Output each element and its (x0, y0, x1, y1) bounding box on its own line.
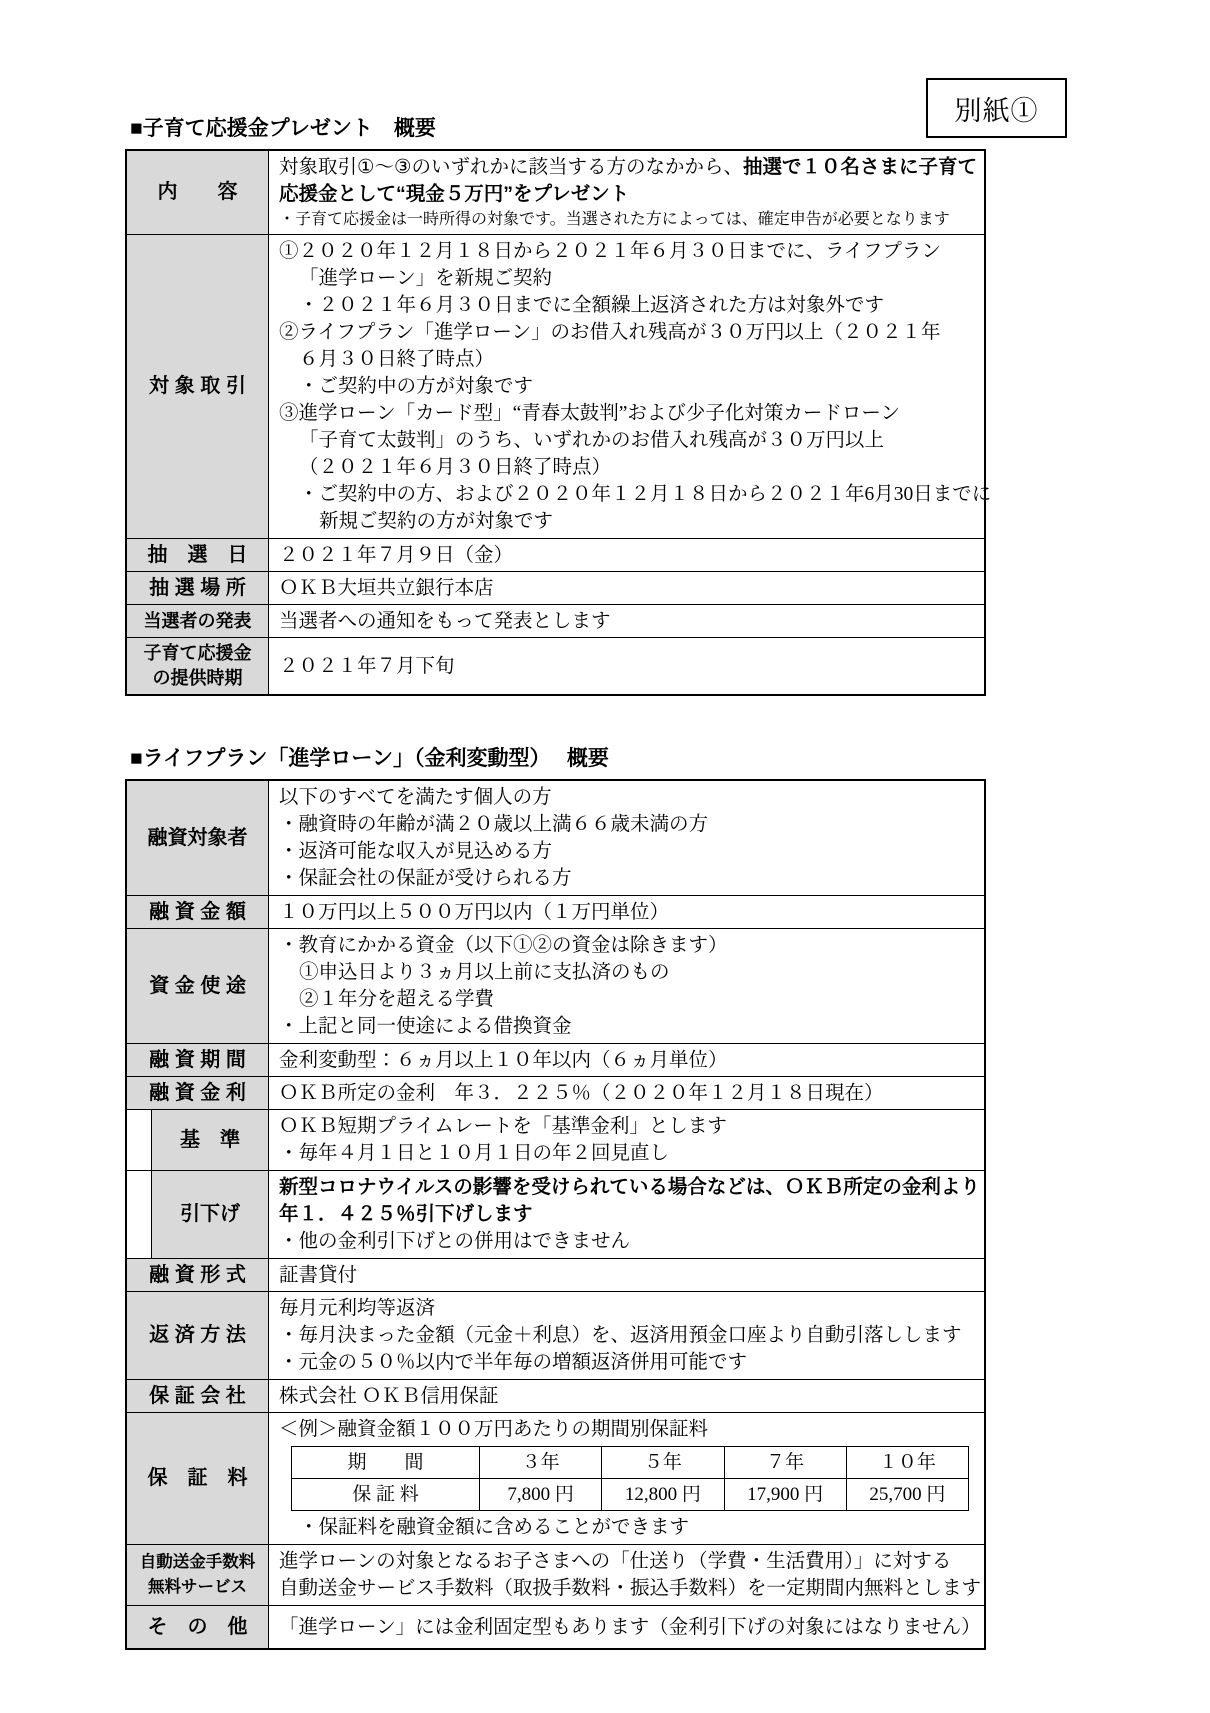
text-segment: 対象取引①～③のいずれかに該当する方のなかから、 (279, 156, 743, 178)
header-line: の提供時期 (153, 666, 243, 691)
document-content: ■子育て応援金プレゼント 概要 内 容 対象取引①～③のいずれかに該当する方のな… (0, 0, 990, 1650)
text-line: 応援金として“現金５万円”をプレゼント (279, 181, 977, 208)
table-row-yushi-kinri: 融 資 金 利 ＯＫＢ所定の金利 年３．２２５％（２０２０年１２月１８日現在） (127, 1076, 984, 1109)
text-segment: 毎月元利均等返済 (279, 1298, 435, 1319)
fee-row-label: 保 証 料 (292, 1479, 480, 1510)
text-segment: ＯＫＢ短期プライムレートを「基準金利」とします (279, 1116, 727, 1137)
text-line: 新規ご契約の方が対象です (279, 508, 991, 535)
text-line: ・ご契約中の方が対象です (279, 373, 991, 400)
table-row-taisho-torihiki: 対 象 取 引 ①２０２０年１２月１８日から２０２１年６月３０日までに、ライフプ… (127, 234, 984, 538)
table-row-hensai-hoho: 返 済 方 法 毎月元利均等返済・毎月決まった金額（元金＋利息）を、返済用預金口… (127, 1291, 984, 1379)
row-header-tosensha: 当選者の発表 (127, 605, 269, 637)
value-text: 「進学ローン」には金利固定型もあります（金利引下げの対象にはなりません） (279, 1614, 974, 1641)
fee-note: ・保証料を融資金額に含めることができます (279, 1514, 974, 1541)
row-header-yushi-taishosha: 融資対象者 (127, 781, 269, 895)
row-header-yushi-keishiki: 融 資 形 式 (127, 1259, 269, 1291)
row-header-hensai-hoho: 返 済 方 法 (127, 1292, 269, 1379)
text-segment: ・子育て応援金は一時所得の対象です。当選された方によっては、確定申告が必要となり… (279, 211, 950, 228)
row-content-shikin-shito: ・教育にかかる資金（以下①②の資金は除きます）①申込日より３ヵ月以上前に支払済の… (269, 929, 984, 1043)
table-row-shikin-shito: 資 金 使 途 ・教育にかかる資金（以下①②の資金は除きます）①申込日より３ヵ月… (127, 928, 984, 1043)
value-text: ＯＫＢ大垣共立銀行本店 (279, 575, 494, 602)
text-line: ６月３０日終了時点） (279, 346, 991, 373)
row-header-sonota: そ の 他 (127, 1606, 269, 1648)
table-row-yushi-keishiki: 融 資 形 式 証書貸付 (127, 1258, 984, 1291)
subrow-indent-strip (127, 1171, 152, 1258)
row-content-kijun: ＯＫＢ短期プライムレートを「基準金利」とします・毎年４月１日と１０月１日の年２回… (269, 1110, 984, 1170)
text-segment: 新型コロナウイルスの影響を受けられている場合などは、ＯＫＢ所定の金利より (279, 1176, 980, 1198)
table-row-sonota: そ の 他 「進学ローン」には金利固定型もあります（金利引下げの対象にはなりませ… (127, 1605, 984, 1648)
text-segment: ②１年分を超える学費 (299, 989, 494, 1010)
fee-header-3y: ３年 (480, 1447, 602, 1478)
text-segment: ①申込日より３ヵ月以上前に支払済のもの (299, 962, 670, 983)
table-row-chusen-bi: 抽 選 日 ２０２１年７月９日（金） (127, 538, 984, 571)
row-header-kijun: 基 準 (152, 1110, 269, 1170)
row-content-sonota: 「進学ローン」には金利固定型もあります（金利引下げの対象にはなりません） (269, 1606, 984, 1648)
text-line: ・ご契約中の方、および２０２０年１２月１８日から２０２１年6月30日までに (279, 481, 991, 508)
text-line: ①申込日より３ヵ月以上前に支払済のもの (279, 959, 974, 986)
row-content-yushi-kingaku: １０万円以上５００万円以内（１万円単位） (269, 896, 984, 928)
row-header-jido-sokin: 自動送金手数料 無料サービス (127, 1545, 269, 1605)
text-line: （２０２１年６月３０日終了時点） (279, 454, 991, 481)
attachment-label: 別紙① (955, 89, 1039, 128)
text-segment: ・毎年４月１日と１０月１日の年２回見直し (279, 1143, 669, 1164)
text-line: ②１年分を超える学費 (279, 986, 974, 1013)
row-header-yushi-kinri: 融 資 金 利 (127, 1077, 269, 1109)
table-row-yushi-taishosha: 融資対象者 以下のすべてを満たす個人の方・融資時の年齢が満２０歳以上満６６歳未満… (127, 781, 984, 895)
text-segment: ・毎月決まった金額（元金＋利息）を、返済用預金口座より自動引落しします (279, 1325, 962, 1346)
text-segment: ６月３０日終了時点） (299, 349, 494, 370)
text-segment: ・元金の５０％以内で半年毎の増額返済併用可能です (279, 1352, 747, 1373)
row-header-naiyo: 内 容 (127, 151, 269, 234)
text-segment: （２０２１年６月３０日終了時点） (299, 457, 611, 478)
fee-value-row: 保 証 料 7,800 円 12,800 円 17,900 円 25,700 円 (292, 1478, 968, 1510)
text-line: ・２０２１年６月３０日までに全額繰上返済された方は対象外です (279, 292, 991, 319)
fee-header-period: 期 間 (292, 1447, 480, 1478)
text-segment: ①２０２０年１２月１８日から２０２１年６月３０日までに、ライフプラン (279, 241, 941, 262)
text-line: ・教育にかかる資金（以下①②の資金は除きます） (279, 932, 974, 959)
value-text: ＯＫＢ所定の金利 年３．２２５％（２０２０年１２月１８日現在） (279, 1080, 884, 1107)
row-content-yushi-taishosha: 以下のすべてを満たす個人の方・融資時の年齢が満２０歳以上満６６歳未満の方・返済可… (269, 781, 984, 895)
header-line: 無料サービス (148, 1575, 247, 1600)
fee-value-10y: 25,700 円 (847, 1479, 968, 1510)
row-header-hikisage: 引下げ (152, 1171, 269, 1258)
text-segment: ・上記と同一使途による借換資金 (279, 1016, 572, 1037)
row-header-chusen-bi: 抽 選 日 (127, 539, 269, 571)
header-line: 自動送金手数料 (140, 1550, 256, 1575)
text-segment: 年１．４２５％引下げします (279, 1203, 533, 1225)
text-segment: 新規ご契約の方が対象です (319, 511, 553, 532)
row-content-hosho-gaisha: 株式会社 ＯＫＢ信用保証 (269, 1380, 984, 1412)
text-segment: ・ご契約中の方、および２０２０年１２月１８日から２０２１年6月30日までに (299, 484, 991, 505)
fee-header-7y: ７年 (725, 1447, 847, 1478)
text-segment: ・他の金利引下げとの併用はできません (279, 1231, 630, 1252)
text-segment: ・教育にかかる資金（以下①②の資金は除きます） (279, 935, 728, 956)
table-row-yushi-kingaku: 融 資 金 額 １０万円以上５００万円以内（１万円単位） (127, 895, 984, 928)
row-content-naiyo: 対象取引①～③のいずれかに該当する方のなかから、抽選で１０名さまに子育て応援金と… (269, 151, 987, 234)
row-content-hoshoryo: ＜例＞融資金額１００万円あたりの期間別保証料 期 間 ３年 ５年 ７年 １０年 … (269, 1413, 984, 1544)
text-line: 進学ローンの対象となるお子さまへの「仕送り（学費・生活費用）」に対する (279, 1548, 981, 1575)
document-page: 別紙① ■子育て応援金プレゼント 概要 内 容 対象取引①～③のいずれかに該当す… (0, 0, 1210, 1713)
table-row-jido-sokin: 自動送金手数料 無料サービス 進学ローンの対象となるお子さまへの「仕送り（学費・… (127, 1544, 984, 1605)
fee-value-5y: 12,800 円 (602, 1479, 724, 1510)
row-header-shikin-shito: 資 金 使 途 (127, 929, 269, 1043)
value-text: ２０２１年７月下旬 (279, 653, 455, 680)
text-line: 対象取引①～③のいずれかに該当する方のなかから、抽選で１０名さまに子育て (279, 154, 977, 181)
header-line: 子育て応援金 (144, 641, 252, 666)
present-overview-table: 内 容 対象取引①～③のいずれかに該当する方のなかから、抽選で１０名さまに子育て… (125, 149, 986, 696)
fee-header-5y: ５年 (602, 1447, 724, 1478)
table-row-hosho-gaisha: 保 証 会 社 株式会社 ＯＫＢ信用保証 (127, 1379, 984, 1412)
text-line: ・子育て応援金は一時所得の対象です。当選された方によっては、確定申告が必要となり… (279, 208, 977, 231)
row-content-taisho-torihiki: ①２０２０年１２月１８日から２０２１年６月３０日までに、ライフプラン「進学ローン… (269, 235, 1001, 538)
table-row-chusen-basho: 抽 選 場 所 ＯＫＢ大垣共立銀行本店 (127, 571, 984, 604)
table-row-hoshoryo: 保 証 料 ＜例＞融資金額１００万円あたりの期間別保証料 期 間 ３年 ５年 ７… (127, 1412, 984, 1544)
text-line: ①２０２０年１２月１８日から２０２１年６月３０日までに、ライフプラン (279, 238, 991, 265)
text-line: ②ライフプラン「進学ローン」のお借入れ残高が３０万円以上（２０２１年 (279, 319, 991, 346)
text-line: ・融資時の年齢が満２０歳以上満６６歳未満の方 (279, 811, 974, 838)
text-line: ・返済可能な収入が見込める方 (279, 838, 974, 865)
row-content-hensai-hoho: 毎月元利均等返済・毎月決まった金額（元金＋利息）を、返済用預金口座より自動引落し… (269, 1292, 984, 1379)
text-line: 「子育て太鼓判」のうち、いずれかのお借入れ残高が３０万円以上 (279, 427, 991, 454)
text-segment: 進学ローンの対象となるお子さまへの「仕送り（学費・生活費用）」に対する (279, 1551, 951, 1572)
text-line: ・元金の５０％以内で半年毎の増額返済併用可能です (279, 1349, 974, 1376)
value-text: 証書貸付 (279, 1262, 357, 1289)
subrow-indent-strip (127, 1110, 152, 1170)
row-header-yushi-kikan: 融 資 期 間 (127, 1044, 269, 1076)
text-segment: ・返済可能な収入が見込める方 (279, 841, 552, 862)
row-header-chusen-basho: 抽 選 場 所 (127, 572, 269, 604)
row-content-chusen-bi: ２０２１年７月９日（金） (269, 539, 984, 571)
text-line: ③進学ローン「カード型」“青春太鼓判”および少子化対策カードローン (279, 400, 991, 427)
table-row-naiyo: 内 容 対象取引①～③のいずれかに該当する方のなかから、抽選で１０名さまに子育て… (127, 151, 984, 234)
text-line: ・保証会社の保証が受けられる方 (279, 865, 974, 892)
table-row-teikyo-jiki: 子育て応援金 の提供時期 ２０２１年７月下旬 (127, 637, 984, 694)
fee-header-10y: １０年 (847, 1447, 968, 1478)
row-content-yushi-keishiki: 証書貸付 (269, 1259, 984, 1291)
text-segment: 「子育て太鼓判」のうち、いずれかのお借入れ残高が３０万円以上 (299, 430, 884, 451)
table-row-kijun: 基 準 ＯＫＢ短期プライムレートを「基準金利」とします・毎年４月１日と１０月１日… (127, 1109, 984, 1170)
loan-overview-table: 融資対象者 以下のすべてを満たす個人の方・融資時の年齢が満２０歳以上満６６歳未満… (125, 779, 986, 1650)
table-row-yushi-kikan: 融 資 期 間 金利変動型：６ヵ月以上１０年以内（６ヵ月単位） (127, 1043, 984, 1076)
text-line: ＯＫＢ短期プライムレートを「基準金利」とします (279, 1113, 974, 1140)
text-line: 毎月元利均等返済 (279, 1295, 974, 1322)
row-header-teikyo-jiki: 子育て応援金 の提供時期 (127, 638, 269, 694)
row-content-jido-sokin: 進学ローンの対象となるお子さまへの「仕送り（学費・生活費用）」に対する自動送金サ… (269, 1545, 991, 1605)
text-segment: 以下のすべてを満たす個人の方 (279, 787, 552, 808)
table-row-tosensha: 当選者の発表 当選者への通知をもって発表とします (127, 604, 984, 637)
text-segment: ・融資時の年齢が満２０歳以上満６６歳未満の方 (279, 814, 708, 835)
text-line: 新型コロナウイルスの影響を受けられている場合などは、ＯＫＢ所定の金利より (279, 1174, 980, 1201)
fee-caption: ＜例＞融資金額１００万円あたりの期間別保証料 (279, 1416, 974, 1443)
text-line: ・他の金利引下げとの併用はできません (279, 1228, 980, 1255)
table-row-hikisage: 引下げ 新型コロナウイルスの影響を受けられている場合などは、ＯＫＢ所定の金利より… (127, 1170, 984, 1258)
text-line: 以下のすべてを満たす個人の方 (279, 784, 974, 811)
section2-title: ■ライフプラン「進学ローン」（金利変動型） 概要 (130, 742, 990, 772)
row-content-yushi-kinri: ＯＫＢ所定の金利 年３．２２５％（２０２０年１２月１８日現在） (269, 1077, 984, 1109)
text-segment: ・保証会社の保証が受けられる方 (279, 868, 572, 889)
guarantee-fee-table: 期 間 ３年 ５年 ７年 １０年 保 証 料 7,800 円 12,800 円 … (291, 1446, 969, 1511)
text-line: 年１．４２５％引下げします (279, 1201, 980, 1228)
text-segment: ・２０２１年６月３０日までに全額繰上返済された方は対象外です (299, 295, 884, 316)
text-line: 「進学ローン」を新規ご契約 (279, 265, 991, 292)
text-segment: 「進学ローン」を新規ご契約 (299, 268, 552, 289)
value-text: 金利変動型：６ヵ月以上１０年以内（６ヵ月単位） (279, 1047, 728, 1074)
row-header-yushi-kingaku: 融 資 金 額 (127, 896, 269, 928)
text-segment: ②ライフプラン「進学ローン」のお借入れ残高が３０万円以上（２０２１年 (279, 322, 940, 343)
fee-value-7y: 17,900 円 (725, 1479, 847, 1510)
value-text: ２０２１年７月９日（金） (279, 542, 513, 569)
value-text: 株式会社 ＯＫＢ信用保証 (279, 1383, 498, 1410)
text-segment: ③進学ローン「カード型」“青春太鼓判”および少子化対策カードローン (279, 403, 900, 424)
row-content-chusen-basho: ＯＫＢ大垣共立銀行本店 (269, 572, 984, 604)
text-segment: 自動送金サービス手数料（取扱手数料・振込手数料）を一定期間内無料とします (279, 1578, 981, 1599)
value-text: 当選者への通知をもって発表とします (279, 608, 611, 635)
text-line: ・毎年４月１日と１０月１日の年２回見直し (279, 1140, 974, 1167)
text-line: ・毎月決まった金額（元金＋利息）を、返済用預金口座より自動引落しします (279, 1322, 974, 1349)
section1-title: ■子育て応援金プレゼント 概要 (130, 112, 990, 142)
row-header-taisho-torihiki: 対 象 取 引 (127, 235, 269, 538)
row-header-hosho-gaisha: 保 証 会 社 (127, 1380, 269, 1412)
text-segment: 応援金として“現金５万円”をプレゼント (279, 183, 629, 205)
text-segment: 抽選で１０名さまに子育て (743, 156, 977, 178)
value-text: １０万円以上５００万円以内（１万円単位） (279, 899, 669, 926)
text-segment: ・ご契約中の方が対象です (299, 376, 533, 397)
row-header-hoshoryo: 保 証 料 (127, 1413, 269, 1544)
attachment-label-box: 別紙① (926, 78, 1067, 138)
fee-value-3y: 7,800 円 (480, 1479, 602, 1510)
row-content-teikyo-jiki: ２０２１年７月下旬 (269, 638, 984, 694)
row-content-tosensha: 当選者への通知をもって発表とします (269, 605, 984, 637)
row-content-yushi-kikan: 金利変動型：６ヵ月以上１０年以内（６ヵ月単位） (269, 1044, 984, 1076)
text-line: 自動送金サービス手数料（取扱手数料・振込手数料）を一定期間内無料とします (279, 1575, 981, 1602)
text-line: ・上記と同一使途による借換資金 (279, 1013, 974, 1040)
row-content-hikisage: 新型コロナウイルスの影響を受けられている場合などは、ＯＫＢ所定の金利より年１．４… (269, 1171, 990, 1258)
fee-header-row: 期 間 ３年 ５年 ７年 １０年 (292, 1447, 968, 1478)
